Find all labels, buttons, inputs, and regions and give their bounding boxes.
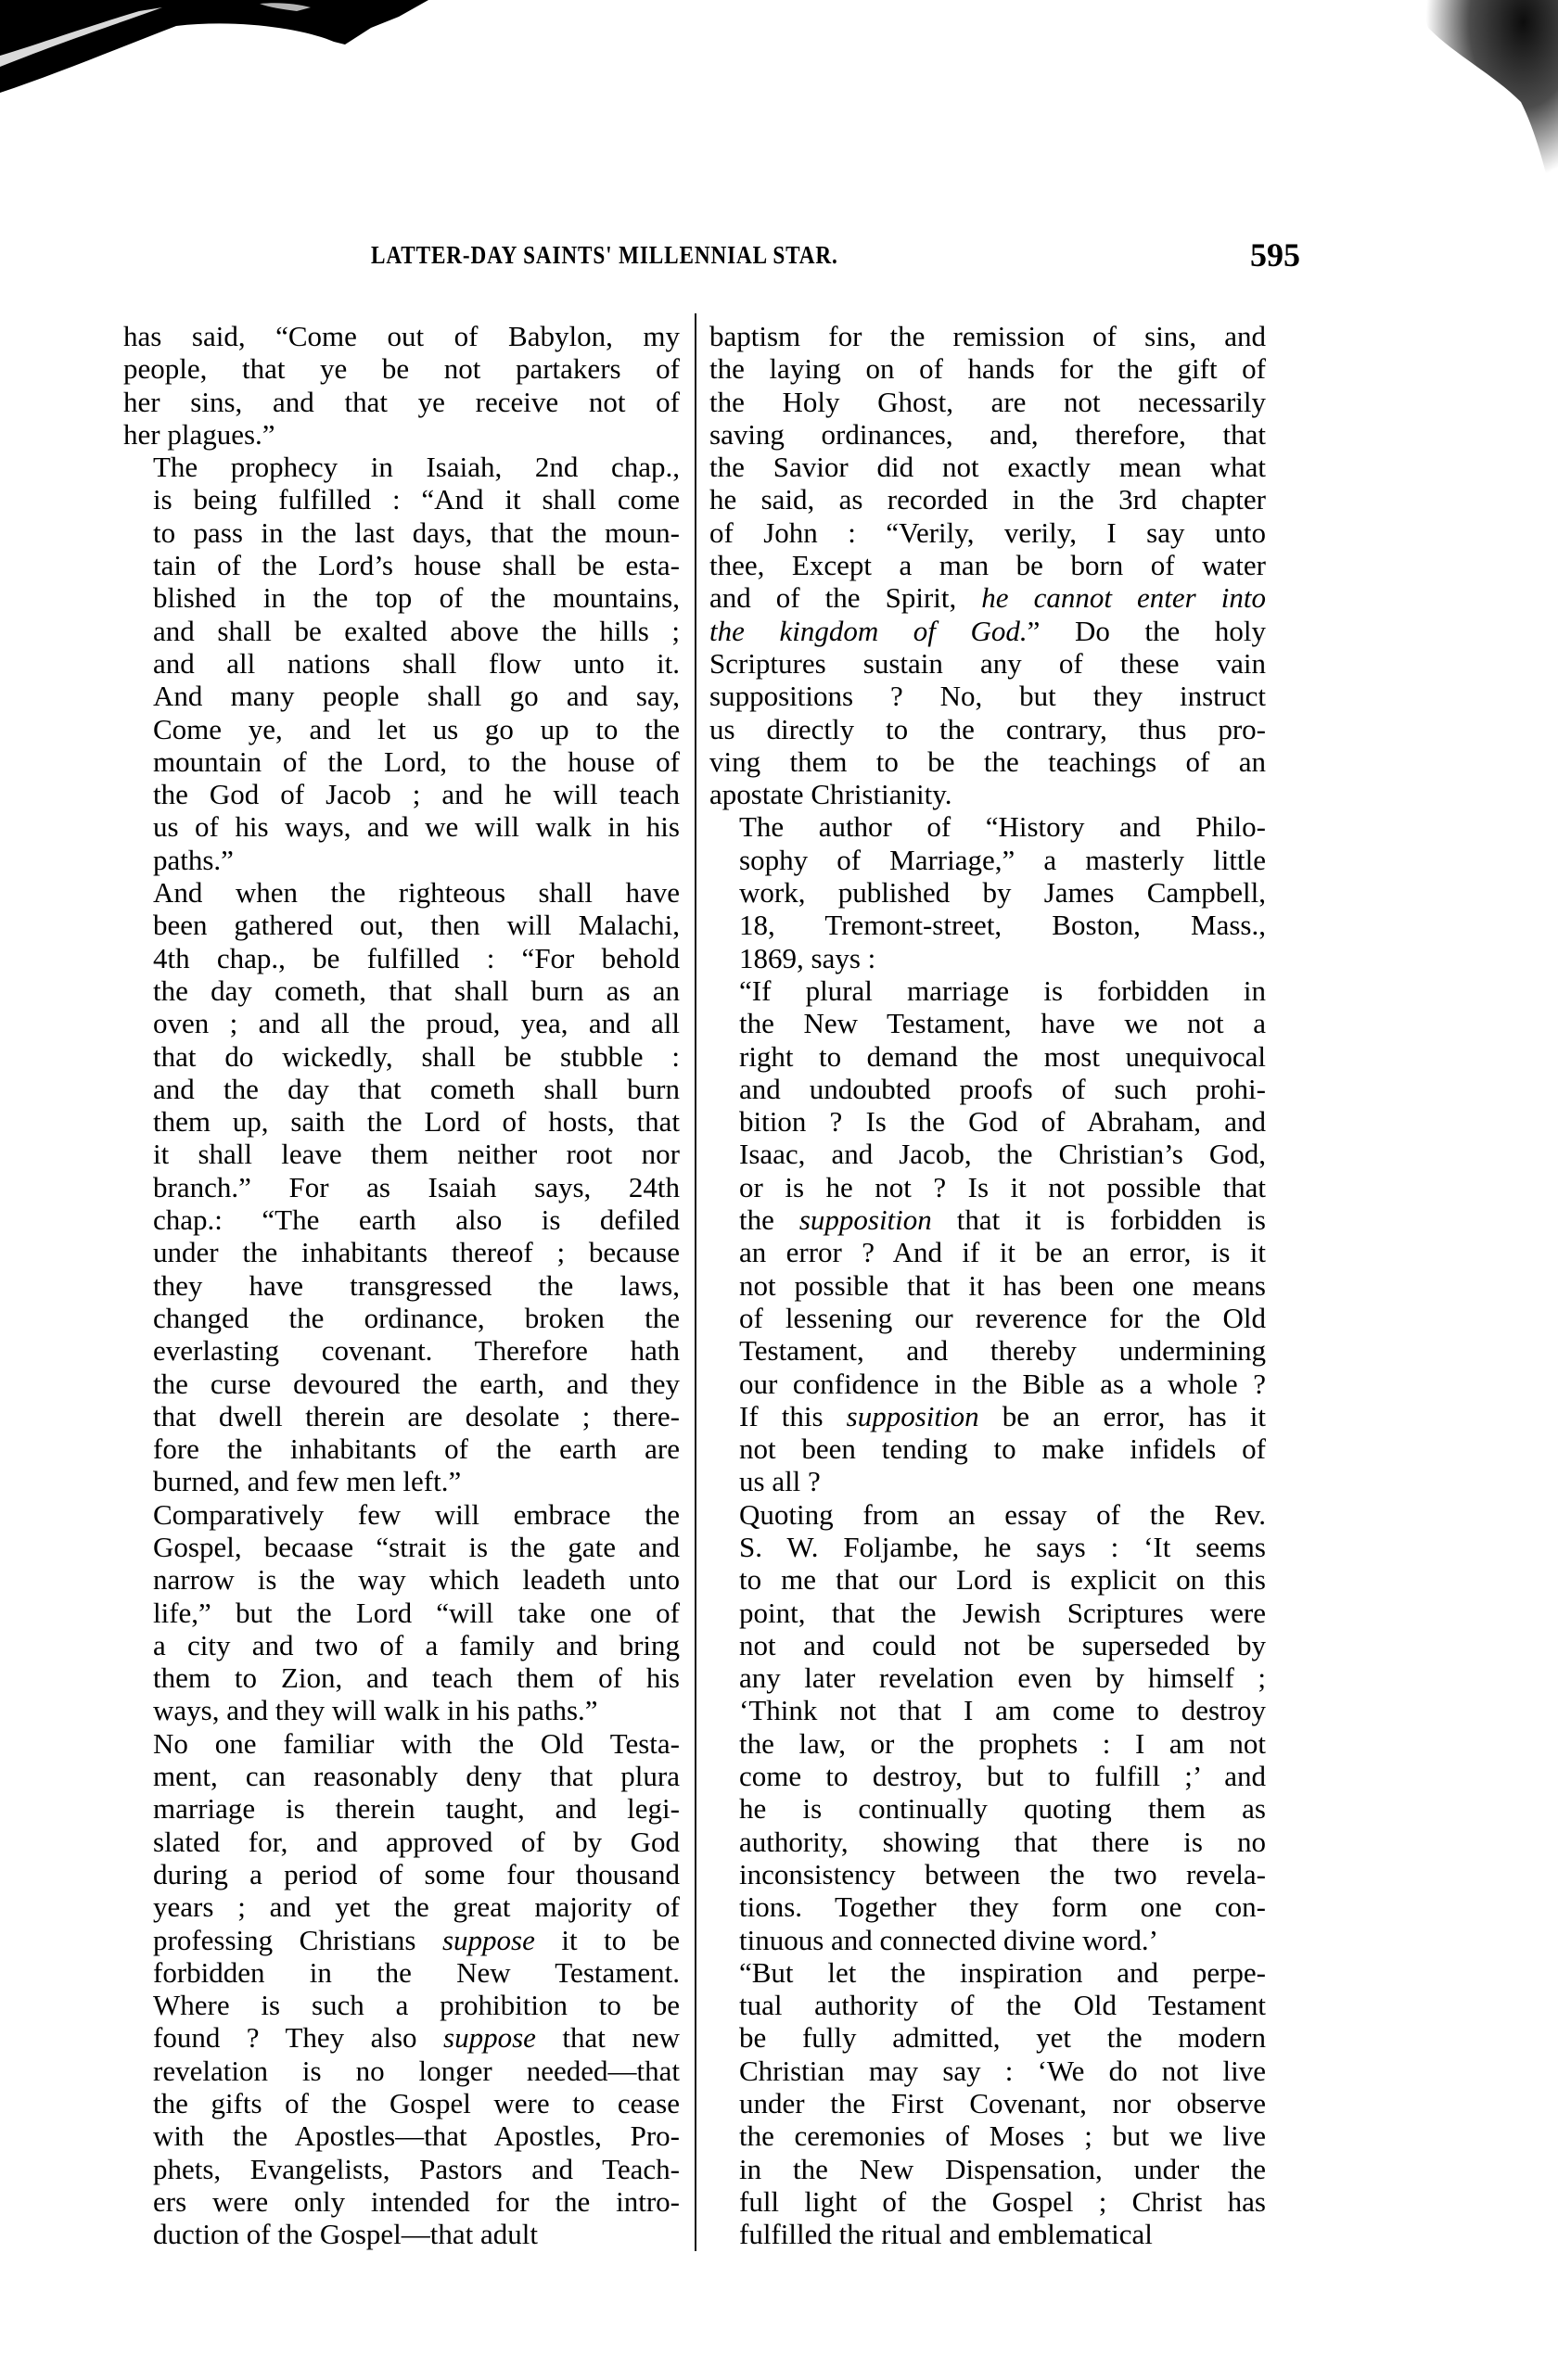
text-line: them to Zion, and teach them of his [123,1661,680,1694]
text-line: inconsistency between the two revela- [709,1858,1266,1890]
text-line: If this supposition be an error, has it [709,1400,1266,1432]
text-line: point, that the Jewish Scriptures were [709,1597,1266,1629]
text-line: blished in the top of the mountains, [123,581,680,614]
text-line: her plagues.” [123,418,680,451]
text-line: authority, showing that there is no [709,1826,1266,1858]
text-line: has said, “Come out of Babylon, my [123,320,680,352]
text-line: us of his ways, and we will walk in his [123,810,680,843]
text-line: the Savior did not exactly mean what [709,451,1266,483]
publication-title: LATTER-DAY SAINTS' MILLENNIAL STAR. [371,241,838,270]
text-line: The author of “History and Philo- [709,810,1266,843]
text-line: found ? They also suppose that new [123,2021,680,2054]
text-line: the supposition that it is forbidden is [709,1203,1266,1236]
text-line: sophy of Marriage,” a masterly little [709,844,1266,876]
scan-smudge-top-left [0,0,436,102]
text-line: of John : “Verily, verily, I say unto [709,516,1266,549]
text-line: the gifts of the Gospel were to cease [123,2087,680,2119]
text-line: the New Testament, have we not a [709,1007,1266,1039]
text-line: that dwell therein are desolate ; there- [123,1400,680,1432]
text-line: years ; and yet the great majority of [123,1890,680,1923]
text-line: everlasting covenant. Therefore hath [123,1334,680,1367]
text-line: chap.: “The earth also is defiled [123,1203,680,1236]
text-line: Testament, and thereby undermining [709,1334,1266,1367]
text-line: that do wickedly, shall be stubble : [123,1040,680,1073]
text-line: ways, and they will walk in his paths.” [123,1694,680,1726]
scan-smudge-top-right [1317,0,1558,223]
text-line: the ceremonies of Moses ; but we live [709,2119,1266,2152]
text-line: narrow is the way which leadeth unto [123,1563,680,1596]
text-line: Isaac, and Jacob, the Christian’s God, [709,1138,1266,1170]
text-line: Where is such a prohibition to be [123,1989,680,2021]
text-line: her sins, and that ye receive not of [123,386,680,418]
text-line: the kingdom of God.” Do the holy [709,615,1266,647]
text-line: he said, as recorded in the 3rd chapter [709,483,1266,515]
text-line: ving them to be the teachings of an [709,745,1266,778]
text-line: to pass in the last days, that the moun- [123,516,680,549]
paragraph: “If plural marriage is forbidden inthe N… [709,974,1266,1498]
text-line: slated for, and approved of by God [123,1826,680,1858]
text-line: and shall be exalted above the hills ; [123,615,680,647]
text-line: and all nations shall flow unto it. [123,647,680,680]
text-line: the law, or the prophets : I am not [709,1727,1266,1760]
text-line: phets, Evangelists, Pastors and Teach- [123,2153,680,2185]
text-line: baptism for the remission of sins, and [709,320,1266,352]
text-line: us directly to the contrary, thus pro- [709,713,1266,745]
text-line: people, that ye be not partakers of [123,352,680,385]
text-line: paths.” [123,844,680,876]
italic-emphasis: supposition [847,1400,979,1432]
text-line: marriage is therein taught, and legi- [123,1792,680,1825]
text-line: life,” but the Lord “will take one of [123,1597,680,1629]
text-line: work, published by James Campbell, [709,876,1266,909]
paragraph: The author of “History and Philo-sophy o… [709,810,1266,974]
text-line: 4th chap., be fulfilled : “For behold [123,942,680,974]
italic-emphasis: supposition [799,1203,932,1236]
text-line: ‘Think not that I am come to destroy [709,1694,1266,1726]
text-line: a city and two of a family and bring [123,1629,680,1661]
text-line: tinuous and connected divine word.’ [709,1924,1266,1956]
text-line: Gospel, becaase “strait is the gate and [123,1531,680,1563]
running-head: LATTER-DAY SAINTS' MILLENNIAL STAR. 595 [0,234,1558,280]
text-line: ers were only intended for the intro- [123,2185,680,2218]
paragraph: baptism for the remission of sins, andth… [709,320,1266,810]
text-line: or is he not ? Is it not possible that [709,1171,1266,1203]
text-line: not and could not be superseded by [709,1629,1266,1661]
paragraph: Quoting from an essay of the Rev.S. W. F… [709,1498,1266,1956]
text-line: with the Apostles—that Apostles, Pro- [123,2119,680,2152]
text-line: right to demand the most unequivocal [709,1040,1266,1073]
text-line: the curse devoured the earth, and they [123,1368,680,1400]
text-line: our confidence in the Bible as a whole ? [709,1368,1266,1400]
text-line: come to destroy, but to fulfill ;’ and [709,1760,1266,1792]
text-line: Quoting from an essay of the Rev. [709,1498,1266,1531]
text-line: apostate Christianity. [709,778,1266,810]
text-line: during a period of some four thousand [123,1858,680,1890]
paragraph: No one familiar with the Old Testa-ment,… [123,1727,680,2251]
text-line: the Holy Ghost, are not necessarily [709,386,1266,418]
paragraph: has said, “Come out of Babylon, mypeople… [123,320,680,451]
italic-emphasis: the kingdom of God. [709,615,1028,647]
text-line: in the New Dispensation, under the [709,2153,1266,2185]
text-line: burned, and few men left.” [123,1465,680,1497]
left-column: has said, “Come out of Babylon, mypeople… [123,320,680,2251]
text-line: not possible that it has been one means [709,1269,1266,1302]
text-line: us all ? [709,1465,1266,1497]
column-divider [695,313,696,2251]
text-line: tions. Together they form one con- [709,1890,1266,1923]
text-line: 1869, says : [709,942,1266,974]
paragraph: The prophecy in Isaiah, 2nd chap.,is bei… [123,451,680,876]
text-line: not been tending to make infidels of [709,1432,1266,1465]
text-line: tual authority of the Old Testament [709,1989,1266,2021]
text-line: tain of the Lord’s house shall be esta- [123,549,680,581]
text-line: 18, Tremont-street, Boston, Mass., [709,909,1266,941]
text-line: changed the ordinance, broken the [123,1302,680,1334]
text-line: and undoubted proofs of such prohi- [709,1073,1266,1105]
italic-emphasis: he cannot enter into [981,581,1266,614]
text-line: “But let the inspiration and perpe- [709,1956,1266,1989]
page-number: 595 [1250,235,1300,274]
text-line: of lessening our reverence for the Old [709,1302,1266,1334]
paragraph: “But let the inspiration and perpe-tual … [709,1956,1266,2251]
text-line: mountain of the Lord, to the house of [123,745,680,778]
text-line: suppositions ? No, but they instruct [709,680,1266,712]
text-line: full light of the Gospel ; Christ has [709,2185,1266,2218]
text-line: Come ye, and let us go up to the [123,713,680,745]
text-line: And when the righteous shall have [123,876,680,909]
text-line: and of the Spirit, he cannot enter into [709,581,1266,614]
text-line: “If plural marriage is forbidden in [709,974,1266,1007]
text-line: he is continually quoting them as [709,1792,1266,1825]
text-line: they have transgressed the laws, [123,1269,680,1302]
text-line: And many people shall go and say, [123,680,680,712]
text-line: professing Christians suppose it to be [123,1924,680,1956]
italic-emphasis: suppose [443,2021,536,2054]
text-line: No one familiar with the Old Testa- [123,1727,680,1760]
text-line: and the day that cometh shall burn [123,1073,680,1105]
italic-emphasis: suppose [442,1924,535,1956]
text-line: fulfilled the ritual and emblematical [709,2218,1266,2250]
text-line: ment, can reasonably deny that plura [123,1760,680,1792]
text-line: them up, saith the Lord of hosts, that [123,1105,680,1138]
text-line: branch.” For as Isaiah says, 24th [123,1171,680,1203]
text-line: to me that our Lord is explicit on this [709,1563,1266,1596]
text-line: Christian may say : ‘We do not live [709,2055,1266,2087]
text-line: under the inhabitants thereof ; because [123,1236,680,1268]
text-line: Comparatively few will embrace the [123,1498,680,1531]
text-line: the laying on of hands for the gift of [709,352,1266,385]
text-line: oven ; and all the proud, yea, and all [123,1007,680,1039]
text-line: be fully admitted, yet the modern [709,2021,1266,2054]
text-line: is being fulfilled : “And it shall come [123,483,680,515]
text-line: the day cometh, that shall burn as an [123,974,680,1007]
text-line: saving ordinances, and, therefore, that [709,418,1266,451]
paragraph: Comparatively few will embrace theGospel… [123,1498,680,1727]
text-line: thee, Except a man be born of water [709,549,1266,581]
text-line: forbidden in the New Testament. [123,1956,680,1989]
text-line: S. W. Foljambe, he says : ‘It seems [709,1531,1266,1563]
text-line: been gathered out, then will Malachi, [123,909,680,941]
text-line: an error ? And if it be an error, is it [709,1236,1266,1268]
text-line: bition ? Is the God of Abraham, and [709,1105,1266,1138]
text-line: duction of the Gospel—that adult [123,2218,680,2250]
text-line: revelation is no longer needed—that [123,2055,680,2087]
text-line: The prophecy in Isaiah, 2nd chap., [123,451,680,483]
text-line: any later revelation even by himself ; [709,1661,1266,1694]
right-column: baptism for the remission of sins, andth… [709,320,1266,2251]
text-line: it shall leave them neither root nor [123,1138,680,1170]
paragraph: And when the righteous shall havebeen ga… [123,876,680,1498]
text-line: Scriptures sustain any of these vain [709,647,1266,680]
text-line: under the First Covenant, nor observe [709,2087,1266,2119]
text-line: the God of Jacob ; and he will teach [123,778,680,810]
text-line: fore the inhabitants of the earth are [123,1432,680,1465]
